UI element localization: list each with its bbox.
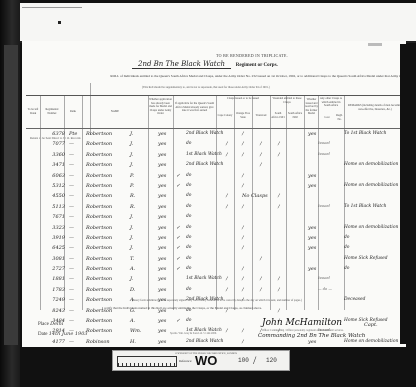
whether-issued: yes: [308, 173, 316, 179]
rank: —: [69, 173, 74, 179]
regimental-number: 5312: [43, 183, 65, 189]
service-unit: do: [186, 318, 191, 323]
header-remarks: REMARKS (including details of men becomi…: [346, 104, 404, 111]
regimental-number: 3323: [43, 225, 65, 231]
application-status: yes: [158, 162, 166, 168]
surname: Robertson: [86, 141, 112, 147]
clasp-orange-free-state: /: [242, 339, 244, 345]
regiment-line: 2nd Bn The Black Watch Regiment or Corps…: [132, 60, 278, 68]
header-rank: Rank: [65, 110, 81, 114]
clasp-orange-free-state: /: [242, 235, 244, 241]
clasp-orange-free-state: /: [242, 173, 244, 179]
archive-reference-label: COPYRIGHT OF THE PUBLIC RECORD OFFICE, L…: [112, 350, 290, 371]
ruler-scale: [117, 356, 177, 367]
remarks: Home Sick Refused: [344, 256, 388, 261]
surname: Robertson: [86, 131, 112, 137]
tick-mark: ✓: [176, 173, 180, 179]
document-page: Return to be Sent Direct to W. O. Record…: [22, 41, 406, 347]
service-unit: do: [186, 287, 191, 292]
regimental-number: 3919: [43, 235, 65, 241]
signature-caption: Officer Commanding / Officer personally …: [262, 329, 344, 332]
clasp-transvaal: /: [260, 287, 262, 293]
tick-mark: ✓: [176, 225, 180, 231]
place-label: Place: [38, 322, 49, 327]
application-status: yes: [158, 276, 166, 282]
service-unit: do: [186, 173, 191, 178]
tick-mark: ✓: [176, 235, 180, 241]
whether-issued: yes: [308, 339, 316, 345]
clasp-orange-free-state: /: [242, 276, 244, 282]
clasp-cape-colony: /: [226, 287, 228, 293]
regiment-handwritten: 2nd Bn The Black Watch: [132, 60, 231, 69]
lost-note: — do —: [318, 287, 332, 291]
table-row: 7077—RobertsonJ.yesdo////Issued: [26, 139, 406, 149]
clasp-orange-free-state: /: [242, 204, 244, 210]
application-status: yes: [158, 318, 166, 324]
lost-note: Issued: [318, 204, 330, 208]
regimental-number: 1783: [43, 287, 65, 293]
roll-description: ROLL of Individuals entitled to the Quee…: [100, 74, 416, 79]
service-unit: do: [186, 225, 191, 230]
service-unit: do: [186, 183, 191, 188]
clasp-transvaal: /: [260, 141, 262, 147]
application-status: yes: [158, 256, 166, 262]
service-unit: do: [186, 214, 191, 219]
surname: Robertson: [86, 328, 112, 334]
date-value: 14th June 1903: [49, 331, 88, 337]
regimental-number: 5113: [43, 204, 65, 210]
table-row: 3471—RobertsonJ.yes2nd Black Watch/Home …: [26, 160, 406, 170]
application-status: yes: [158, 235, 166, 241]
tick-mark: ✓: [176, 266, 180, 272]
initial: A.: [130, 266, 135, 272]
printer-imprint: Spottis. Wm. Gray & Sons Ltd. 5 1142.200…: [170, 332, 217, 335]
surname: Robertson: [86, 276, 112, 282]
clasp-orange-free-state: /: [242, 266, 244, 272]
rank: —: [69, 204, 74, 210]
rank: —: [69, 193, 74, 199]
service-unit: do: [186, 193, 191, 198]
initial: J.: [130, 152, 133, 158]
rank: —: [69, 214, 74, 220]
application-status: yes: [158, 339, 166, 345]
application-status: yes: [158, 183, 166, 189]
certificate-text: I certify that the Individuals named in …: [102, 306, 262, 310]
table-row: 3484—RobertsonA.yes✓do/Home Sick Refused: [26, 316, 406, 326]
clasp-orange-free-state: /: [242, 328, 244, 334]
clasp-cape-colony: /: [226, 276, 228, 282]
service-unit: do: [186, 235, 191, 240]
initial: P.: [130, 183, 134, 189]
header-any-other: Any other Clasps to which entitled in So…: [319, 97, 343, 108]
rank: —: [69, 256, 74, 262]
clasp-cape-colony: /: [226, 204, 228, 210]
header-south-africa-1901: South Africa 1901: [271, 112, 285, 119]
remarks: do: [344, 245, 349, 250]
regimental-number: 6063: [43, 173, 65, 179]
surname: Robertson: [86, 204, 112, 210]
tick-mark: ✓: [176, 183, 180, 189]
header-cape-colony: Cape Colony: [217, 114, 233, 118]
surname: Robinson: [86, 339, 110, 345]
header-transvaal: Transvaal: [253, 114, 269, 118]
regimental-number: 7077: [43, 141, 65, 147]
application-status: yes: [158, 152, 166, 158]
clasp-orange-free-state: /: [242, 225, 244, 231]
clasp-sa-1901: /: [278, 193, 280, 199]
initial: J.: [130, 225, 133, 231]
signature: John McHamilton: [262, 317, 342, 328]
table-row: 3919—RobertsonJ.yes✓do/yesdo: [26, 233, 406, 243]
regimental-number: 6425: [43, 245, 65, 251]
remarks: Home on demobilization: [344, 225, 398, 230]
previous-page-edge: [20, 3, 416, 43]
clasp-orange-free-state: /: [242, 183, 244, 189]
header-reg-no: Regtl. No.: [335, 114, 344, 121]
clasp-sa-1901: /: [278, 152, 280, 158]
regimental-number: 3360: [43, 152, 65, 158]
rank: —: [69, 339, 74, 345]
page-corner: [368, 43, 382, 46]
initial: J.: [130, 276, 133, 282]
lost-note: Issued: [318, 152, 330, 156]
clasp-orange-free-state: /: [242, 245, 244, 251]
rank: —: [69, 276, 74, 282]
regimental-number: 6378: [43, 131, 65, 137]
tick-mark: ✓: [176, 318, 180, 324]
initial: H.: [130, 339, 136, 345]
table-row: 1783—RobertsonD.yesdo////— do —: [26, 285, 406, 295]
rank: —: [69, 297, 74, 303]
table-row: 6063—RobertsonP.yes✓do/yes: [26, 171, 406, 181]
application-status: yes: [158, 266, 166, 272]
clasp-cape-colony: /: [226, 141, 228, 147]
regiment-printed: Regiment or Corps.: [236, 63, 278, 68]
surname: Robertson: [86, 297, 112, 303]
surname: Robertson: [86, 287, 112, 293]
initial: R.: [130, 193, 135, 199]
table-row: 6378PteRobertsonJ.yes2nd Black Watch/yes…: [26, 129, 406, 139]
table-row: 1881—RobertsonJ.yes1st Black Watch////Is…: [26, 274, 406, 284]
initial: J.: [130, 131, 133, 137]
remarks: To 1st Black Watch: [344, 131, 386, 136]
clasp-orange-free-state: /: [242, 141, 244, 147]
lost-note: Issued: [318, 141, 330, 145]
application-status: yes: [158, 245, 166, 251]
signature-name: John McHamilton: [262, 318, 342, 328]
table-row: 7671—RobertsonJ.yesdo: [26, 212, 406, 222]
previous-page-mark: [58, 21, 61, 24]
clasp-sa-1901: /: [278, 287, 280, 293]
triplicate-heading: TO BE RENDERED IN TRIPLICATE.: [92, 53, 412, 58]
table-row: 3323—RobertsonJ.yes✓do/yesHome on demobi…: [26, 223, 406, 233]
application-status: yes: [158, 193, 166, 199]
initial: A.: [130, 318, 135, 324]
spine-band: [4, 45, 18, 345]
commanding-line: Commanding 2nd Bn The Black Watch: [258, 333, 365, 339]
service-unit: do: [186, 141, 191, 146]
initial: R.: [130, 204, 135, 210]
place-line: Place Delhi: [38, 321, 63, 327]
application-status: yes: [158, 173, 166, 179]
header-south-africa-1902: South Africa 1902: [287, 112, 303, 119]
surname: Robertson: [86, 214, 112, 220]
reference-slash: /: [253, 353, 256, 368]
regimental-number: 7671: [43, 214, 65, 220]
series-code: WO: [195, 353, 217, 368]
clasp-sa-1901: /: [278, 276, 280, 282]
clasp-cape-colony: /: [226, 152, 228, 158]
surname: Robertson: [86, 162, 112, 168]
surname: Robertson: [86, 225, 112, 231]
rank: —: [69, 141, 74, 147]
clasp-sa-1901: /: [278, 141, 280, 147]
table-row: 3360—RobertsonJ.yes1st Black Watch////Is…: [26, 150, 406, 160]
remarks: do: [344, 235, 349, 240]
application-status: yes: [158, 214, 166, 220]
whether-issued: yes: [308, 131, 316, 137]
header-wounded-group: Wounded entitled to these Clasps: [271, 97, 303, 104]
header-name: NAME: [83, 110, 147, 114]
surname: Robertson: [86, 235, 112, 241]
service-unit: do: [186, 245, 191, 250]
rank: —: [69, 308, 74, 314]
header-to-be-left-blank: To be left blank: [26, 108, 40, 115]
service-unit: 2nd Black Watch: [186, 131, 223, 136]
rank: —: [69, 235, 74, 241]
application-status: yes: [158, 141, 166, 147]
date-label: Date: [38, 332, 47, 337]
table-row: 6425—RobertsonJ.yes✓do/yesdo: [26, 243, 406, 253]
reference-word: Reference:: [179, 359, 192, 363]
item-number: 120: [266, 357, 277, 364]
initial: J.: [130, 245, 133, 251]
initial: J.: [130, 141, 133, 147]
table-row: 4550—RobertsonR.yesdo/No Clasps/: [26, 191, 406, 201]
whether-issued: yes: [308, 225, 316, 231]
service-unit: 2nd Black Watch: [186, 339, 223, 344]
remarks: Home on demobilization: [344, 162, 398, 167]
service-unit: do: [186, 266, 191, 271]
previous-page-line: [22, 7, 82, 8]
date-line: Date 14th June 1903: [38, 331, 88, 337]
surname: Robertson: [86, 266, 112, 272]
rank: —: [69, 183, 74, 189]
remarks: Deceased: [344, 297, 365, 302]
regimental-number: 3471: [43, 162, 65, 168]
application-status: yes: [158, 204, 166, 210]
regimental-number: 4177: [43, 339, 65, 345]
rank: —: [69, 225, 74, 231]
header-lost: Lost: [319, 116, 335, 120]
table-row: 2727—RobertsonA.yes✓do/yesdo: [26, 264, 406, 274]
clasp-orange-free-state: No Clasps: [242, 193, 268, 199]
whether-issued: yes: [308, 235, 316, 241]
signature-rank: Capt.: [364, 322, 378, 328]
clasp-transvaal: /: [260, 276, 262, 282]
medal-roll-table: To be left blank Regimental Number Rank …: [26, 95, 406, 310]
remarks: Home on demobilization: [344, 183, 398, 188]
rank: —: [69, 318, 74, 324]
initial: T.: [130, 256, 134, 262]
header-regimental-number: Regimental Number: [41, 108, 63, 115]
table-header-row: To be left blank Regimental Number Rank …: [26, 96, 406, 129]
remarks: Home on demobilization: [344, 339, 398, 344]
initial: P.: [130, 173, 134, 179]
surname: Robertson: [86, 193, 112, 199]
regimental-number: 2727: [43, 266, 65, 272]
remarks: do: [344, 266, 349, 271]
rank: —: [69, 287, 74, 293]
rank: Pte: [69, 131, 77, 137]
tick-mark: ✓: [176, 245, 180, 251]
application-status: yes: [158, 225, 166, 231]
service-unit: do: [186, 256, 191, 261]
footer-note: (Every form submitted is to be separatel…: [132, 299, 302, 302]
header-if-applicable: If applicable for the Queen's South Afri…: [174, 102, 215, 113]
header-whether-issued: Whether issued and received by the forme…: [305, 98, 318, 116]
header-clasps-group: Clasps issued or to be issued: [217, 97, 269, 101]
surname: Robertson: [86, 245, 112, 251]
initial: Wm.: [130, 328, 141, 334]
regimental-number: 1881: [43, 276, 65, 282]
header-orange-free-state: Orange Free State: [235, 112, 251, 119]
whether-issued: yes: [308, 183, 316, 189]
whether-issued: yes: [308, 266, 316, 272]
clasp-transvaal: /: [260, 256, 262, 262]
initial: J.: [130, 214, 133, 220]
rank: —: [69, 152, 74, 158]
application-status: yes: [158, 287, 166, 293]
regimental-number: 7249: [43, 297, 65, 303]
surname: Robertson: [86, 173, 112, 179]
service-unit: do: [186, 204, 191, 209]
lost-note: Issued: [318, 276, 330, 280]
clasp-sa-1901: /: [278, 204, 280, 210]
piece-number: 100: [238, 357, 249, 364]
table-row: 3081—RobertsonT.yes✓do/Home Sick Refused: [26, 254, 406, 264]
service-unit: 1st Black Watch: [186, 152, 222, 157]
surname: Robertson: [86, 152, 112, 158]
initial: J.: [130, 162, 133, 168]
table-row: 5312—RobertsonP.yes✓do/yesHome on demobi…: [26, 181, 406, 191]
book-spine: [0, 0, 20, 387]
clasp-orange-free-state: /: [242, 152, 244, 158]
regimental-number: 3081: [43, 256, 65, 262]
surname: Robertson: [86, 183, 112, 189]
table-row: 5113—RobertsonR.yesdo///IssuedTo 1st Bla…: [26, 202, 406, 212]
clasp-orange-free-state: /: [242, 131, 244, 137]
rank: —: [69, 266, 74, 272]
clasp-transvaal: /: [260, 162, 262, 168]
header-whether-application: Whether application has already been mad…: [149, 98, 172, 116]
page-edge-shadow: [400, 44, 416, 344]
table-body: 6378PteRobertsonJ.yes2nd Black Watch/yes…: [26, 129, 406, 347]
application-status: yes: [158, 131, 166, 137]
surname: Robertson: [86, 318, 112, 324]
service-unit: 1st Black Watch: [186, 276, 222, 281]
clasp-cape-colony: /: [226, 328, 228, 334]
surname: Robertson: [86, 256, 112, 262]
tick-mark: ✓: [176, 256, 180, 262]
rank: —: [69, 162, 74, 168]
regimental-number: 4550: [43, 193, 65, 199]
place-value: Delhi: [50, 321, 63, 327]
whether-issued: yes: [308, 245, 316, 251]
application-status: yes: [158, 328, 166, 334]
clasp-cape-colony: /: [226, 193, 228, 199]
rank: —: [69, 245, 74, 251]
regimental-number: 8243: [43, 308, 65, 314]
initial: D.: [130, 287, 135, 293]
initial: J.: [130, 235, 133, 241]
remarks: To 1st Black Watch: [344, 204, 386, 209]
service-unit: 2nd Black Watch: [186, 162, 223, 167]
clasp-transvaal: /: [260, 152, 262, 158]
clasp-orange-free-state: /: [242, 287, 244, 293]
clasp-sa-1901: /: [278, 308, 280, 314]
roll-note: (This Roll should be supplementary to, a…: [142, 86, 270, 89]
